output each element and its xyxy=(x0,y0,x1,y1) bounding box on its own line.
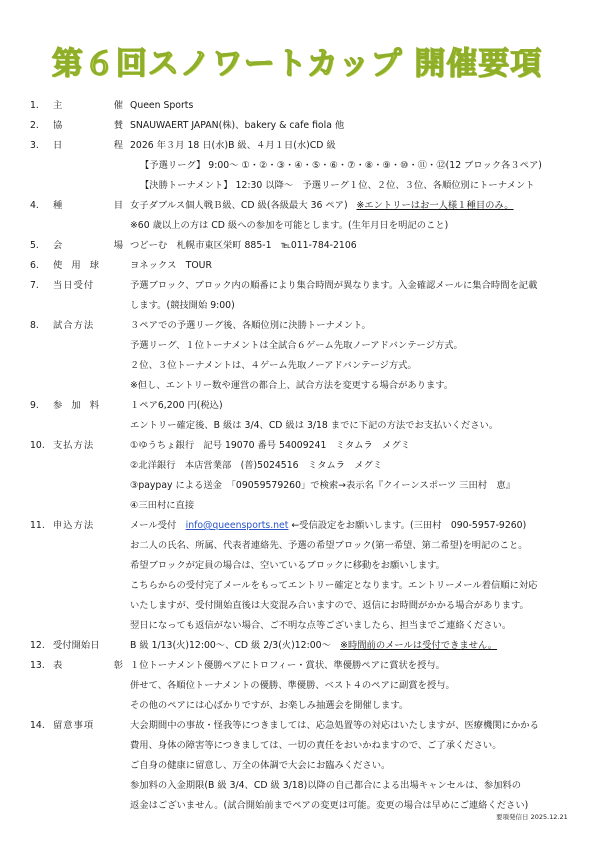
issue-date: 要項発信日 2025.12.21 xyxy=(496,812,568,821)
item-label: 種目 xyxy=(53,196,123,216)
item-label: 日程 xyxy=(53,136,123,156)
item-organizer: 1. 主催 Queen Sports xyxy=(0,96,594,116)
item-awards: 13. 表彰 １位トーナメント優勝ペアにトロフィー・賞状、準優勝ペアに賞状を授与… xyxy=(0,656,594,676)
item-label: 協賛 xyxy=(53,116,123,136)
guideline-list: 1. 主催 Queen Sports 2. 協賛 SNAUWAERT JAPAN… xyxy=(0,96,594,816)
page-title: 第６回スノワートカップ 開催要項 xyxy=(0,38,594,83)
item-match-format: 8. 試合方法 ３ペアでの予選リーグ後、各順位別に決勝トーナメント。 xyxy=(0,316,594,336)
item-reception: 7. 当日受付 予選ブロック、ブロック内の順番により集合時間が異なります。入金確… xyxy=(0,276,594,296)
item-reception-start: 12. 受付開始日 B 級 1/13(火)12:00～、CD 級 2/3(火)1… xyxy=(0,636,594,656)
item-label: 使用球 xyxy=(53,256,99,276)
item-label: 受付開始日 xyxy=(53,636,123,656)
item-ball: 6. 使用球 ヨネックス TOUR xyxy=(0,256,594,276)
item-label: 支払方法 xyxy=(53,436,123,456)
email-link[interactable]: info@queensports.net xyxy=(186,520,289,531)
time-note: ※時間前のメールは受付できません。 xyxy=(340,640,497,651)
schedule-final: 【決勝トーナメント】 12:30 以降～ 予選リーグ１位、２位、３位、各順位別に… xyxy=(0,176,594,196)
item-label: 主催 xyxy=(53,96,123,116)
item-venue: 5. 会場 つどーむ 札幌市東区栄町 885-1 ℡011-784-2106 xyxy=(0,236,594,256)
schedule-qualifier: 【予選リーグ】 9:00～ ①・②・③・④・⑤・⑥・⑦・⑧・⑨・⑩・⑪・⑫(12… xyxy=(0,156,594,176)
item-event: 4. 種目 女子ダブルス個人戦Ｂ級、CD 級(各級最大 36 ペア) ※エントリ… xyxy=(0,196,594,216)
item-sponsor: 2. 協賛 SNAUWAERT JAPAN(株)、bakery & cafe f… xyxy=(0,116,594,136)
item-label: 会場 xyxy=(53,236,123,256)
entry-note: ※エントリーはお一人様１種目のみ。 xyxy=(356,200,513,211)
item-label: 表彰 xyxy=(53,656,123,676)
item-label: 参加料 xyxy=(53,396,99,416)
item-label: 申込方法 xyxy=(53,516,123,536)
item-payment: 10. 支払方法 ①ゆうちょ銀行 記号 19070 番号 54009241 ミタ… xyxy=(0,436,594,456)
item-notes: 14. 留意事項 大会期間中の事故・怪我等につきましては、応急処置等の対応はいた… xyxy=(0,716,594,736)
item-application: 11. 申込方法 メール受付 info@queensports.net ←受信設… xyxy=(0,516,594,536)
item-label: 当日受付 xyxy=(53,276,123,296)
item-label: 試合方法 xyxy=(53,316,123,336)
item-schedule: 3. 日程 2026 年３月 18 日(水)B 級、４月１日(水)CD 級 xyxy=(0,136,594,156)
item-label: 留意事項 xyxy=(53,716,123,736)
item-fee: 9. 参加料 １ペア6,200 円(税込) xyxy=(0,396,594,416)
